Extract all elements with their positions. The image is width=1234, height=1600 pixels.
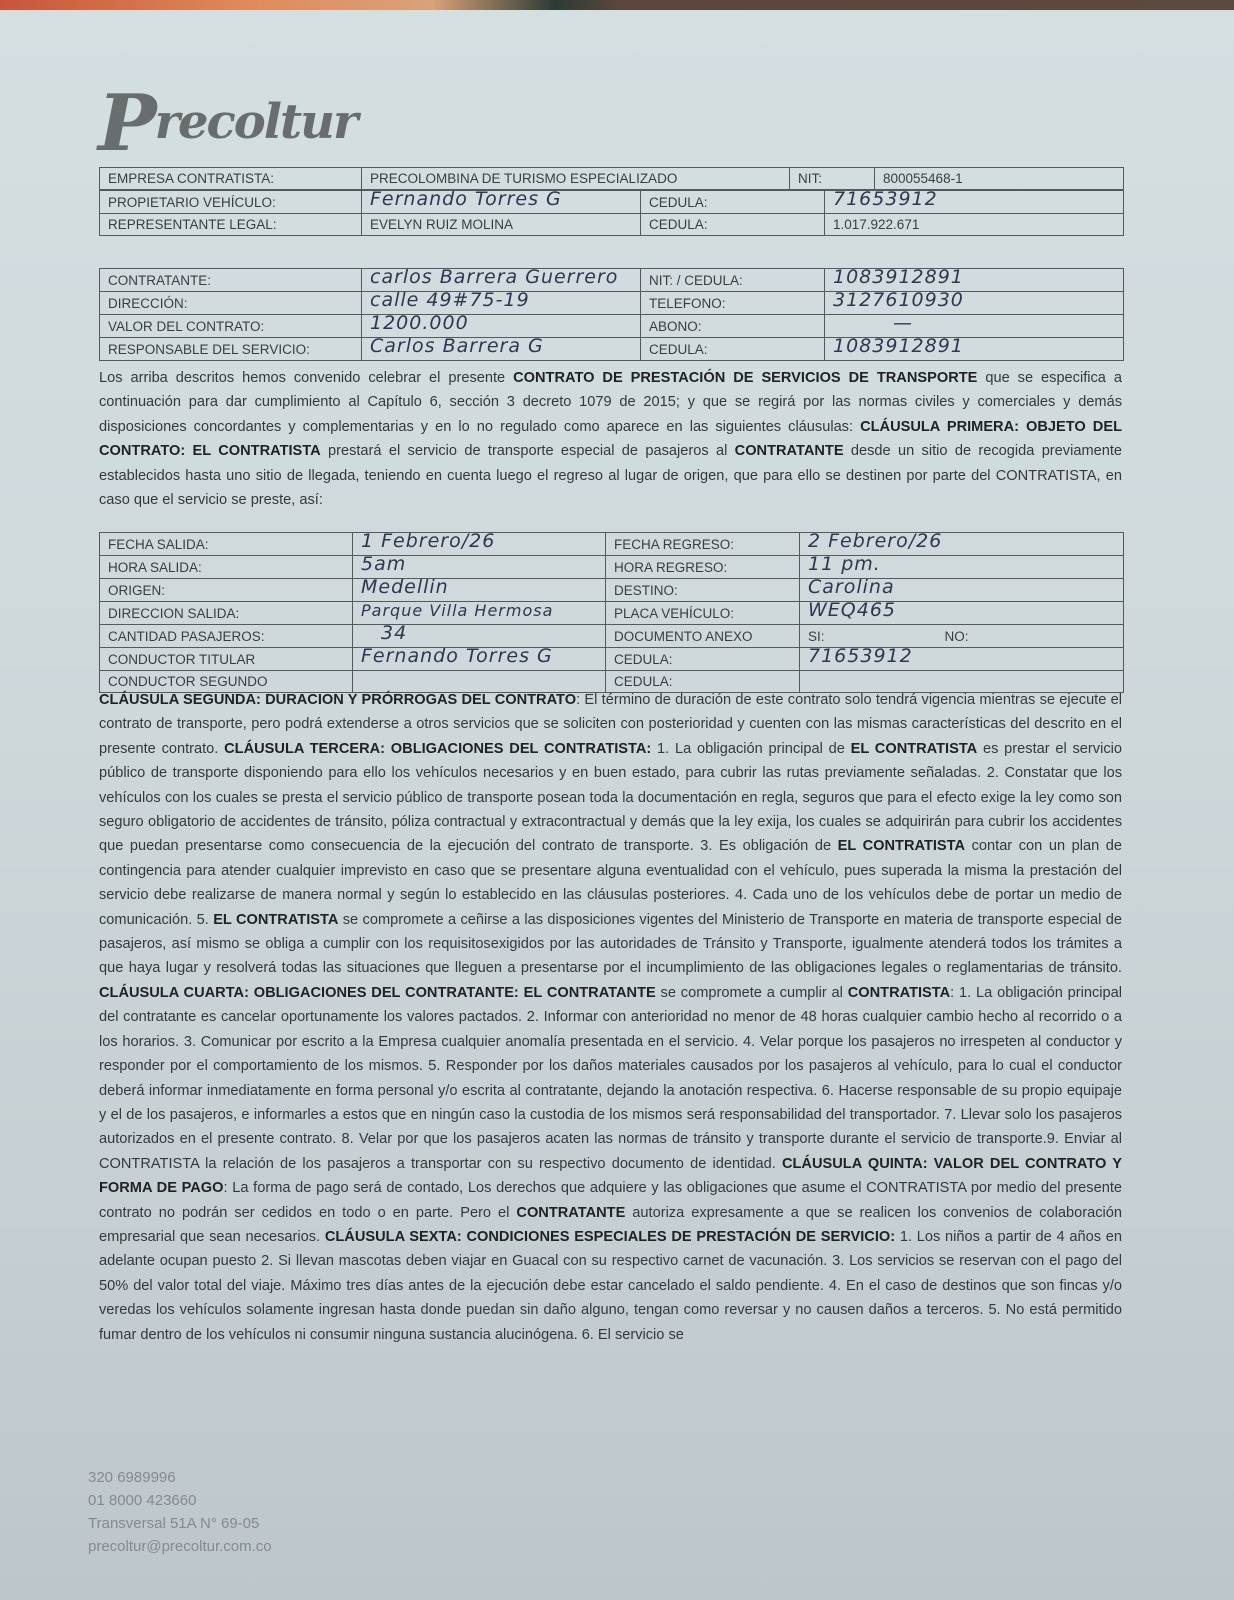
- contractor-table-2: PROPIETARIO VEHÍCULO: Fernando Torres G …: [99, 190, 1124, 236]
- field-label: PLACA VEHÍCULO:: [606, 602, 800, 625]
- company-contact-footer: 320 6989996 01 8000 423660 Transversal 5…: [88, 1466, 272, 1558]
- legal-rep-id: 1.017.922.671: [825, 214, 1124, 236]
- company-address: Transversal 51A N° 69-05: [88, 1512, 272, 1535]
- clause-title: CLÁUSULA SEXTA: CONDICIONES ESPECIALES D…: [325, 1229, 895, 1245]
- field-label: NIT:: [790, 168, 875, 190]
- plate-field[interactable]: WEQ465: [800, 602, 1124, 625]
- table-row: CONTRATANTE: carlos Barrera Guerrero NIT…: [100, 269, 1124, 292]
- origin-field[interactable]: Medellin: [353, 579, 606, 602]
- field-label: REPRESENTANTE LEGAL:: [100, 214, 362, 236]
- field-label: FECHA SALIDA:: [100, 533, 353, 556]
- field-label: VALOR DEL CONTRATO:: [100, 315, 362, 338]
- field-label: DOCUMENTO ANEXO: [606, 625, 800, 648]
- field-label: CEDULA:: [641, 338, 825, 361]
- field-label: ORIGEN:: [100, 579, 353, 602]
- table-row: DIRECCIÓN: calle 49#75-19 TELEFONO: 3127…: [100, 292, 1124, 315]
- clause-title: CLÁUSULA TERCERA: OBLIGACIONES DEL CONTR…: [224, 741, 651, 757]
- field-label: HORA REGRESO:: [606, 556, 800, 579]
- clauses-text: CLÁUSULA SEGUNDA: DURACION Y PRÓRROGAS D…: [99, 688, 1122, 1347]
- contractor-table: EMPRESA CONTRATISTA: PRECOLOMBINA DE TUR…: [99, 167, 1124, 190]
- table-row: PROPIETARIO VEHÍCULO: Fernando Torres G …: [100, 191, 1124, 214]
- field-label: PROPIETARIO VEHÍCULO:: [100, 191, 362, 214]
- field-label: NIT: / CEDULA:: [641, 269, 825, 292]
- table-row: CONDUCTOR TITULAR Fernando Torres G CEDU…: [100, 648, 1124, 671]
- field-label: CEDULA:: [641, 214, 825, 236]
- clause-title: CLÁUSULA CUARTA: OBLIGACIONES DEL CONTRA…: [99, 985, 656, 1001]
- owner-id-field[interactable]: 71653912: [825, 191, 1124, 214]
- table-row: REPRESENTANTE LEGAL: EVELYN RUIZ MOLINA …: [100, 214, 1124, 236]
- table-row: DIRECCION SALIDA: Parque Villa Hermosa P…: [100, 602, 1124, 625]
- field-label: CANTIDAD PASAJEROS:: [100, 625, 353, 648]
- clause-title: CLÁUSULA SEGUNDA: DURACION Y PRÓRROGAS D…: [99, 692, 576, 708]
- toll-free-number: 01 8000 423660: [88, 1489, 272, 1512]
- annex-no[interactable]: NO:: [825, 629, 969, 644]
- main-driver-id-field[interactable]: 71653912: [800, 648, 1124, 671]
- field-label: FECHA REGRESO:: [606, 533, 800, 556]
- client-table: CONTRATANTE: carlos Barrera Guerrero NIT…: [99, 268, 1124, 361]
- company-nit: 800055468-1: [875, 168, 1124, 190]
- responsible-id-field[interactable]: 1083912891: [825, 338, 1124, 361]
- company-email: precoltur@precoltur.com.co: [88, 1535, 272, 1558]
- field-label: DIRECCIÓN:: [100, 292, 362, 315]
- main-driver-field[interactable]: Fernando Torres G: [353, 648, 606, 671]
- field-label: ABONO:: [641, 315, 825, 338]
- table-row: HORA SALIDA: 5am HORA REGRESO: 11 pm.: [100, 556, 1124, 579]
- trip-table: FECHA SALIDA: 1 Febrero/26 FECHA REGRESO…: [99, 532, 1124, 693]
- table-row: VALOR DEL CONTRATO: 1200.000 ABONO: —: [100, 315, 1124, 338]
- owner-field[interactable]: Fernando Torres G: [362, 191, 641, 214]
- table-row: EMPRESA CONTRATISTA: PRECOLOMBINA DE TUR…: [100, 168, 1124, 190]
- table-row: CANTIDAD PASAJEROS: 34 DOCUMENTO ANEXO S…: [100, 625, 1124, 648]
- company-logo: Precoltur: [98, 78, 356, 169]
- phone-number: 320 6989996: [88, 1466, 272, 1489]
- field-label: CONDUCTOR TITULAR: [100, 648, 353, 671]
- field-label: HORA SALIDA:: [100, 556, 353, 579]
- field-label: RESPONSABLE DEL SERVICIO:: [100, 338, 362, 361]
- field-label: TELEFONO:: [641, 292, 825, 315]
- field-label: CEDULA:: [641, 191, 825, 214]
- annex-yes[interactable]: SI:: [808, 629, 825, 644]
- field-label: DESTINO:: [606, 579, 800, 602]
- legal-rep-name: EVELYN RUIZ MOLINA: [362, 214, 641, 236]
- logo-text: recoltur: [155, 94, 357, 150]
- intro-paragraph: Los arriba descritos hemos convenido cel…: [99, 366, 1122, 512]
- table-row: RESPONSABLE DEL SERVICIO: Carlos Barrera…: [100, 338, 1124, 361]
- field-label: CEDULA:: [606, 648, 800, 671]
- field-label: CONTRATANTE:: [100, 269, 362, 292]
- table-row: FECHA SALIDA: 1 Febrero/26 FECHA REGRESO…: [100, 533, 1124, 556]
- field-label: EMPRESA CONTRATISTA:: [100, 168, 362, 190]
- company-name: PRECOLOMBINA DE TURISMO ESPECIALIZADO: [362, 168, 790, 190]
- field-label: DIRECCION SALIDA:: [100, 602, 353, 625]
- responsible-field[interactable]: Carlos Barrera G: [362, 338, 641, 361]
- table-row: ORIGEN: Medellin DESTINO: Carolina: [100, 579, 1124, 602]
